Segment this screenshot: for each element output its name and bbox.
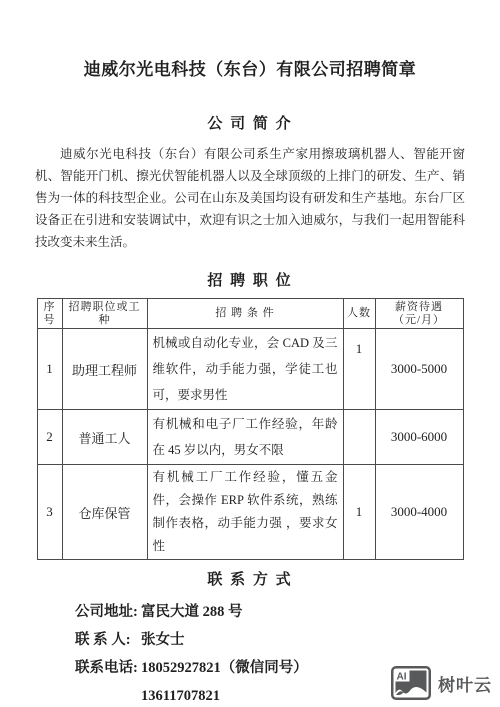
col-header-seq: 序 号 <box>37 299 62 329</box>
section-heading-contact: 联 系 方 式 <box>0 571 500 589</box>
watermark-brand-text: 树叶云 <box>438 671 492 696</box>
contact-label: 公司地址: <box>75 598 141 626</box>
shuyeyun-watermark: AI 树叶云 <box>391 666 492 700</box>
positions-table: 序 号 招聘职位或工种 招 聘 条 件 人数 薪资待遇 （元/月） 1 助理工程… <box>37 298 464 560</box>
salary-cell: 3000-5000 <box>375 329 463 410</box>
headcount-cell: 1 <box>343 329 375 410</box>
requirements-cell: 机械或自动化专业，会 CAD 及三维软件，动手能力强，学徒工也可，要求男性 <box>147 329 343 410</box>
col-header-requirements: 招 聘 条 件 <box>147 299 343 329</box>
company-intro-paragraph: 迪威尔光电科技（东台）有限公司系生产家用擦玻璃机器人、智能开窗机、智能开门机、擦… <box>35 143 465 253</box>
contact-label <box>75 682 141 707</box>
contact-value: 18052927821（微信同号） <box>141 654 308 682</box>
watermark-ai-label: AI <box>397 672 407 683</box>
position-cell: 仓库保管 <box>62 465 147 560</box>
headcount-cell: 1 <box>343 465 375 560</box>
table-row: 2 普通工人 有机械和电子厂工作经验，年龄在 45 岁以内，男女不限 3000-… <box>37 410 463 465</box>
contact-label: 联系电话: <box>75 654 141 682</box>
contact-line-person: 联 系 人: 张女士 <box>75 626 500 654</box>
position-cell: 普通工人 <box>62 410 147 465</box>
page-title: 迪威尔光电科技（东台）有限公司招聘简章 <box>30 58 470 82</box>
col-header-position: 招聘职位或工种 <box>62 299 147 329</box>
table-header-row: 序 号 招聘职位或工种 招 聘 条 件 人数 薪资待遇 （元/月） <box>37 299 463 329</box>
table-row: 3 仓库保管 有机械工厂工作经验，懂五金件，会操作 ERP 软件系统，熟练制作表… <box>37 465 463 560</box>
headcount-cell <box>343 410 375 465</box>
seq-cell: 2 <box>37 410 62 465</box>
contact-label: 联 系 人: <box>75 626 141 654</box>
seq-cell: 1 <box>37 329 62 410</box>
requirements-cell: 有机械和电子厂工作经验，年龄在 45 岁以内，男女不限 <box>147 410 343 465</box>
requirements-cell: 有机械工厂工作经验，懂五金件，会操作 ERP 软件系统，熟练制作表格，动手能力强… <box>147 465 343 560</box>
section-heading-positions: 招 聘 职 位 <box>0 272 500 290</box>
section-heading-company-intro: 公 司 简 介 <box>0 115 500 133</box>
position-cell: 助理工程师 <box>62 329 147 410</box>
document-page: 迪威尔光电科技（东台）有限公司招聘简章 公 司 简 介 迪威尔光电科技（东台）有… <box>0 0 500 707</box>
ai-image-logo-icon: AI <box>391 666 431 700</box>
contact-value: 13611707821 <box>141 682 220 707</box>
contact-line-address: 公司地址: 富民大道 288 号 <box>75 598 500 626</box>
contact-value: 富民大道 288 号 <box>141 598 243 626</box>
contact-value: 张女士 <box>141 626 185 654</box>
salary-cell: 3000-6000 <box>375 410 463 465</box>
table-row: 1 助理工程师 机械或自动化专业，会 CAD 及三维软件，动手能力强，学徒工也可… <box>37 329 463 410</box>
col-header-salary: 薪资待遇 （元/月） <box>375 299 463 329</box>
seq-cell: 3 <box>37 465 62 560</box>
salary-cell: 3000-4000 <box>375 465 463 560</box>
col-header-headcount: 人数 <box>343 299 375 329</box>
